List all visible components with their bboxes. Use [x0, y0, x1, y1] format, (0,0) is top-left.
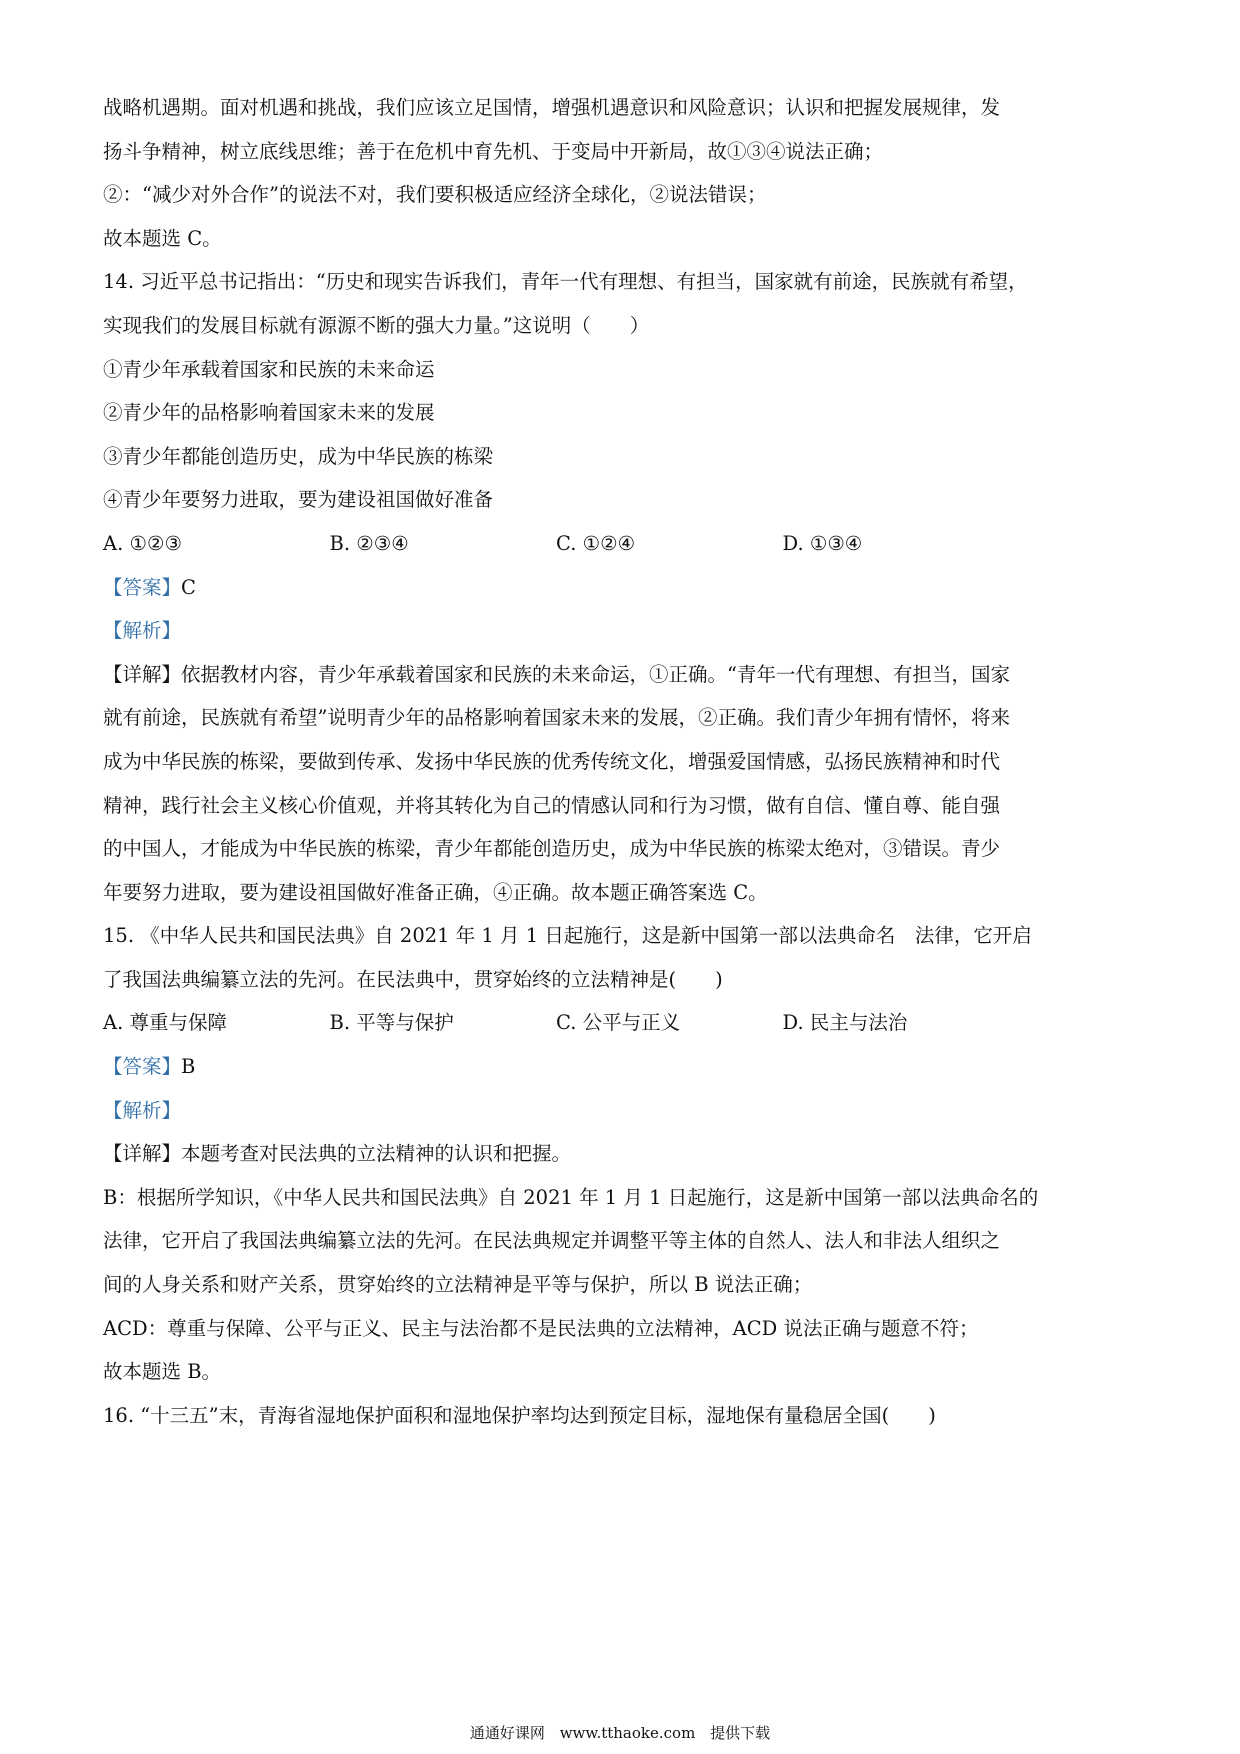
footer-site-name: 通通好课网	[470, 1724, 545, 1742]
statement-2: ②青少年的品格影响着国家未来的发展	[103, 391, 1009, 435]
statement-3: ③青少年都能创造历史，成为中华民族的栋梁	[103, 435, 1009, 479]
question-16: 16. “十三五”末，青海省湿地保护面积和湿地保护率均达到预定目标，湿地保有量稳…	[103, 1394, 1009, 1438]
analysis-label: 【解析】	[103, 619, 181, 642]
statement-1: ①青少年承载着国家和民族的未来命运	[103, 348, 1009, 392]
answer-line: 【答案】C	[103, 566, 1009, 610]
text-line: 就有前途，民族就有希望”说明青少年的品格影响着国家未来的发展，②正确。我们青少年…	[103, 696, 1009, 740]
detail-text: 依据教材内容，青少年承载着国家和民族的未来命运，①正确。“青年一代有理想、有担当…	[181, 663, 1010, 686]
text-line: ②：“减少对外合作”的说法不对，我们要积极适应经济全球化，②说法错误；	[103, 173, 1009, 217]
option-a: A. 尊重与保障	[103, 1001, 330, 1045]
question-14: 14. 习近平总书记指出：“历史和现实告诉我们，青年一代有理想、有担当，国家就有…	[103, 260, 1009, 914]
text-line: B：根据所学知识，《中华人民共和国民法典》自 2021 年 1 月 1 日起施行…	[103, 1176, 1009, 1220]
option-a: A. ①②③	[103, 522, 330, 566]
footer-suffix: 提供下载	[710, 1724, 770, 1742]
question-stem: 15. 《中华人民共和国民法典》自 2021 年 1 月 1 日起施行，这是新中…	[103, 914, 1009, 958]
option-d: D. 民主与法治	[783, 1001, 1010, 1045]
analysis-label: 【解析】	[103, 1099, 181, 1122]
option-c: C. 公平与正义	[556, 1001, 783, 1045]
text-line: 法律，它开启了我国法典编纂立法的先河。在民法典规定并调整平等主体的自然人、法人和…	[103, 1219, 1009, 1263]
question-stem: 16. “十三五”末，青海省湿地保护面积和湿地保护率均达到预定目标，湿地保有量稳…	[103, 1394, 1009, 1438]
text-line: 战略机遇期。面对机遇和挑战，我们应该立足国情，增强机遇意识和风险意识；认识和把握…	[103, 86, 1009, 130]
analysis-line: 【解析】	[103, 609, 1009, 653]
question-stem: 实现我们的发展目标就有源源不断的强大力量。”这说明（ ）	[103, 304, 1009, 348]
question-stem: 14. 习近平总书记指出：“历史和现实告诉我们，青年一代有理想、有担当，国家就有…	[103, 260, 1009, 304]
detail-text: 本题考查对民法典的立法精神的认识和把握。	[181, 1142, 571, 1165]
text-line: 间的人身关系和财产关系，贯穿始终的立法精神是平等与保护，所以 B 说法正确；	[103, 1263, 1009, 1307]
q13-explanation-tail: 战略机遇期。面对机遇和挑战，我们应该立足国情，增强机遇意识和风险意识；认识和把握…	[103, 86, 1009, 260]
answer-value: B	[181, 1055, 195, 1078]
text-line: 成为中华民族的栋梁，要做到传承、发扬中华民族的优秀传统文化，增强爱国情感，弘扬民…	[103, 740, 1009, 784]
text-line: 故本题选 B。	[103, 1350, 1009, 1394]
option-c: C. ①②④	[556, 522, 783, 566]
analysis-line: 【解析】	[103, 1089, 1009, 1133]
option-b: B. ②③④	[330, 522, 557, 566]
option-b: B. 平等与保护	[330, 1001, 557, 1045]
text-line: 年要努力进取，要为建设祖国做好准备正确，④正确。故本题正确答案选 C。	[103, 871, 1009, 915]
answer-label: 【答案】	[103, 1055, 181, 1078]
detail-line: 【详解】本题考查对民法典的立法精神的认识和把握。	[103, 1132, 1009, 1176]
text-line: 扬斗争精神，树立底线思维；善于在危机中育先机、于变局中开新局，故①③④说法正确；	[103, 130, 1009, 174]
answer-value: C	[181, 576, 196, 599]
answer-options: A. ①②③ B. ②③④ C. ①②④ D. ①③④	[103, 522, 1009, 566]
option-d: D. ①③④	[783, 522, 1010, 566]
document-page: 战略机遇期。面对机遇和挑战，我们应该立足国情，增强机遇意识和风险意识；认识和把握…	[103, 86, 1009, 1437]
answer-label: 【答案】	[103, 576, 181, 599]
text-line: ACD：尊重与保障、公平与正义、民主与法治都不是民法典的立法精神，ACD 说法正…	[103, 1307, 1009, 1351]
answer-line: 【答案】B	[103, 1045, 1009, 1089]
footer-url[interactable]: www.tthaoke.com	[560, 1724, 696, 1742]
statement-4: ④青少年要努力进取，要为建设祖国做好准备	[103, 478, 1009, 522]
detail-line: 【详解】依据教材内容，青少年承载着国家和民族的未来命运，①正确。“青年一代有理想…	[103, 653, 1009, 697]
answer-options: A. 尊重与保障 B. 平等与保护 C. 公平与正义 D. 民主与法治	[103, 1001, 1009, 1045]
detail-label: 【详解】	[103, 1142, 181, 1165]
detail-label: 【详解】	[103, 663, 181, 686]
text-line: 精神，践行社会主义核心价值观，并将其转化为自己的情感认同和行为习惯，做有自信、懂…	[103, 784, 1009, 828]
text-line: 故本题选 C。	[103, 217, 1009, 261]
question-15: 15. 《中华人民共和国民法典》自 2021 年 1 月 1 日起施行，这是新中…	[103, 914, 1009, 1394]
question-stem: 了我国法典编纂立法的先河。在民法典中，贯穿始终的立法精神是( )	[103, 958, 1009, 1002]
text-line: 的中国人，才能成为中华民族的栋梁，青少年都能创造历史，成为中华民族的栋梁太绝对，…	[103, 827, 1009, 871]
page-footer: 通通好课网 www.tthaoke.com 提供下载	[0, 1722, 1240, 1743]
